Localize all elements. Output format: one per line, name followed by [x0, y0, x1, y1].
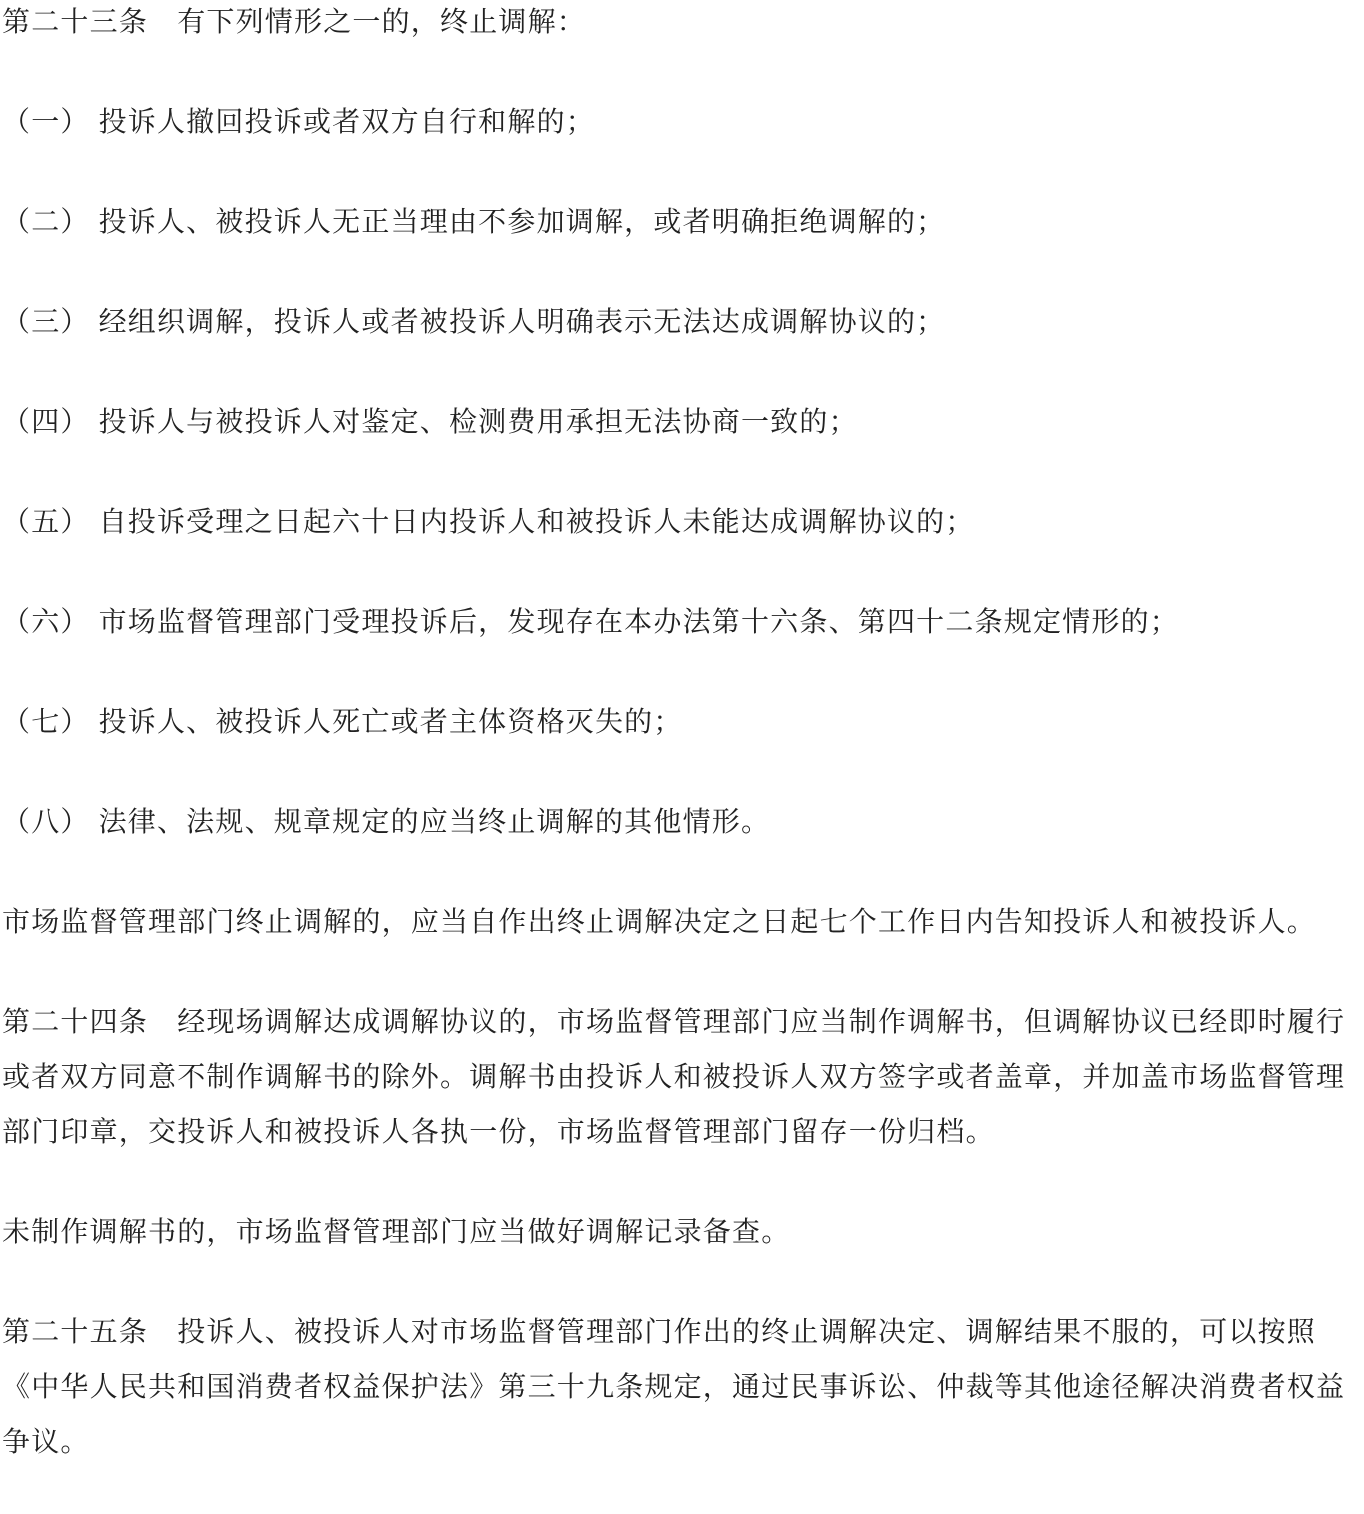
- article-24-second-para: 未制作调解书的，市场监督管理部门应当做好调解记录备查。: [2, 1204, 1362, 1259]
- article-23-item-5: （五） 自投诉受理之日起六十日内投诉人和被投诉人未能达成调解协议的；: [2, 494, 1362, 549]
- article-23-item-6: （六） 市场监督管理部门受理投诉后，发现存在本办法第十六条、第四十二条规定情形的…: [2, 594, 1362, 649]
- article-23-item-8: （八） 法律、法规、规章规定的应当终止调解的其他情形。: [2, 794, 1362, 849]
- article-23-item-1: （一） 投诉人撤回投诉或者双方自行和解的；: [2, 94, 1362, 149]
- article-23-item-2: （二） 投诉人、被投诉人无正当理由不参加调解，或者明确拒绝调解的；: [2, 194, 1362, 249]
- article-23-item-3: （三） 经组织调解，投诉人或者被投诉人明确表示无法达成调解协议的；: [2, 294, 1362, 349]
- legal-document-body: 第二十三条 有下列情形之一的，终止调解： （一） 投诉人撤回投诉或者双方自行和解…: [0, 0, 1364, 1469]
- article-25-paragraph: 第二十五条 投诉人、被投诉人对市场监督管理部门作出的终止调解决定、调解结果不服的…: [2, 1304, 1362, 1469]
- article-24-paragraph: 第二十四条 经现场调解达成调解协议的，市场监督管理部门应当制作调解书，但调解协议…: [2, 994, 1362, 1159]
- article-23-item-7: （七） 投诉人、被投诉人死亡或者主体资格灭失的；: [2, 694, 1362, 749]
- article-23-closing-para: 市场监督管理部门终止调解的，应当自作出终止调解决定之日起七个工作日内告知投诉人和…: [2, 894, 1362, 949]
- article-23-item-4: （四） 投诉人与被投诉人对鉴定、检测费用承担无法协商一致的；: [2, 394, 1362, 449]
- article-23-heading: 第二十三条 有下列情形之一的，终止调解：: [2, 0, 1362, 49]
